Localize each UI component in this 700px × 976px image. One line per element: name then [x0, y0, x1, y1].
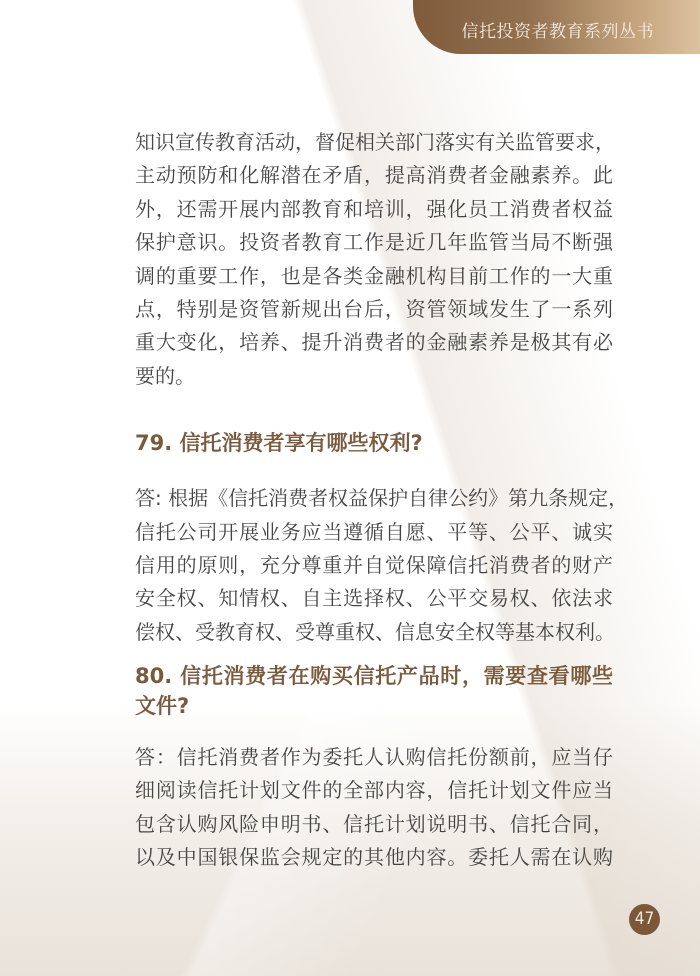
- text-line: 要的。: [135, 360, 613, 393]
- series-header-tab: 信托投资者教育系列丛书: [413, 0, 700, 54]
- text-line: 调的重要工作，也是各类金融机构目前工作的一大重: [135, 260, 613, 293]
- page-number-badge: 47: [629, 904, 660, 935]
- heading-line: 80. 信托消费者在购买信托产品时，需要查看哪些: [135, 661, 613, 691]
- text-line: 点，特别是资管新规出台后，资管领域发生了一系列: [135, 293, 613, 326]
- text-line: 保护意识。投资者教育工作是近几年监管当局不断强: [135, 226, 613, 259]
- text-line: 安全权、知情权、自主选择权、公平交易权、依法求: [135, 582, 613, 615]
- question-80-answer: 答：信托消费者作为委托人认购信托份额前，应当仔 细阅读信托计划文件的全部内容，信…: [135, 741, 613, 875]
- text-line: 偿权、受教育权、受尊重权、信息安全权等基本权利。: [135, 616, 613, 649]
- text-line: 知识宣传教育活动，督促相关部门落实有关监管要求，: [135, 126, 613, 159]
- page-content: 知识宣传教育活动，督促相关部门落实有关监管要求， 主动预防和化解潜在矛盾，提高消…: [135, 126, 613, 875]
- text-line: 答：信托消费者作为委托人认购信托份额前，应当仔: [135, 741, 613, 774]
- text-line: 信用的原则，充分尊重并自觉保障信托消费者的财产: [135, 549, 613, 582]
- question-80-heading: 80. 信托消费者在购买信托产品时，需要查看哪些 文件?: [135, 661, 613, 721]
- series-title: 信托投资者教育系列丛书: [462, 13, 655, 42]
- question-79-answer: 答: 根据《信托消费者权益保护自律公约》第九条规定， 信托公司开展业务应当遵循自…: [135, 482, 613, 649]
- text-line: 主动预防和化解潜在矛盾，提高消费者金融素养。此: [135, 159, 613, 192]
- question-79-heading: 79. 信托消费者享有哪些权利?: [135, 428, 613, 458]
- text-line: 以及中国银保监会规定的其他内容。委托人需在认购: [135, 841, 613, 874]
- text-line: 重大变化，培养、提升消费者的金融素养是极其有必: [135, 326, 613, 359]
- text-line: 包含认购风险申明书、信托计划说明书、信托合同，: [135, 808, 613, 841]
- intro-paragraph: 知识宣传教育活动，督促相关部门落实有关监管要求， 主动预防和化解潜在矛盾，提高消…: [135, 126, 613, 393]
- text-line: 细阅读信托计划文件的全部内容，信托计划文件应当: [135, 774, 613, 807]
- text-line: 答: 根据《信托消费者权益保护自律公约》第九条规定，: [135, 482, 613, 515]
- text-line: 信托公司开展业务应当遵循自愿、平等、公平、诚实: [135, 516, 613, 549]
- text-line: 外，还需开展内部教育和培训，强化员工消费者权益: [135, 193, 613, 226]
- heading-line: 文件?: [135, 691, 613, 721]
- heading-line: 79. 信托消费者享有哪些权利?: [135, 428, 613, 458]
